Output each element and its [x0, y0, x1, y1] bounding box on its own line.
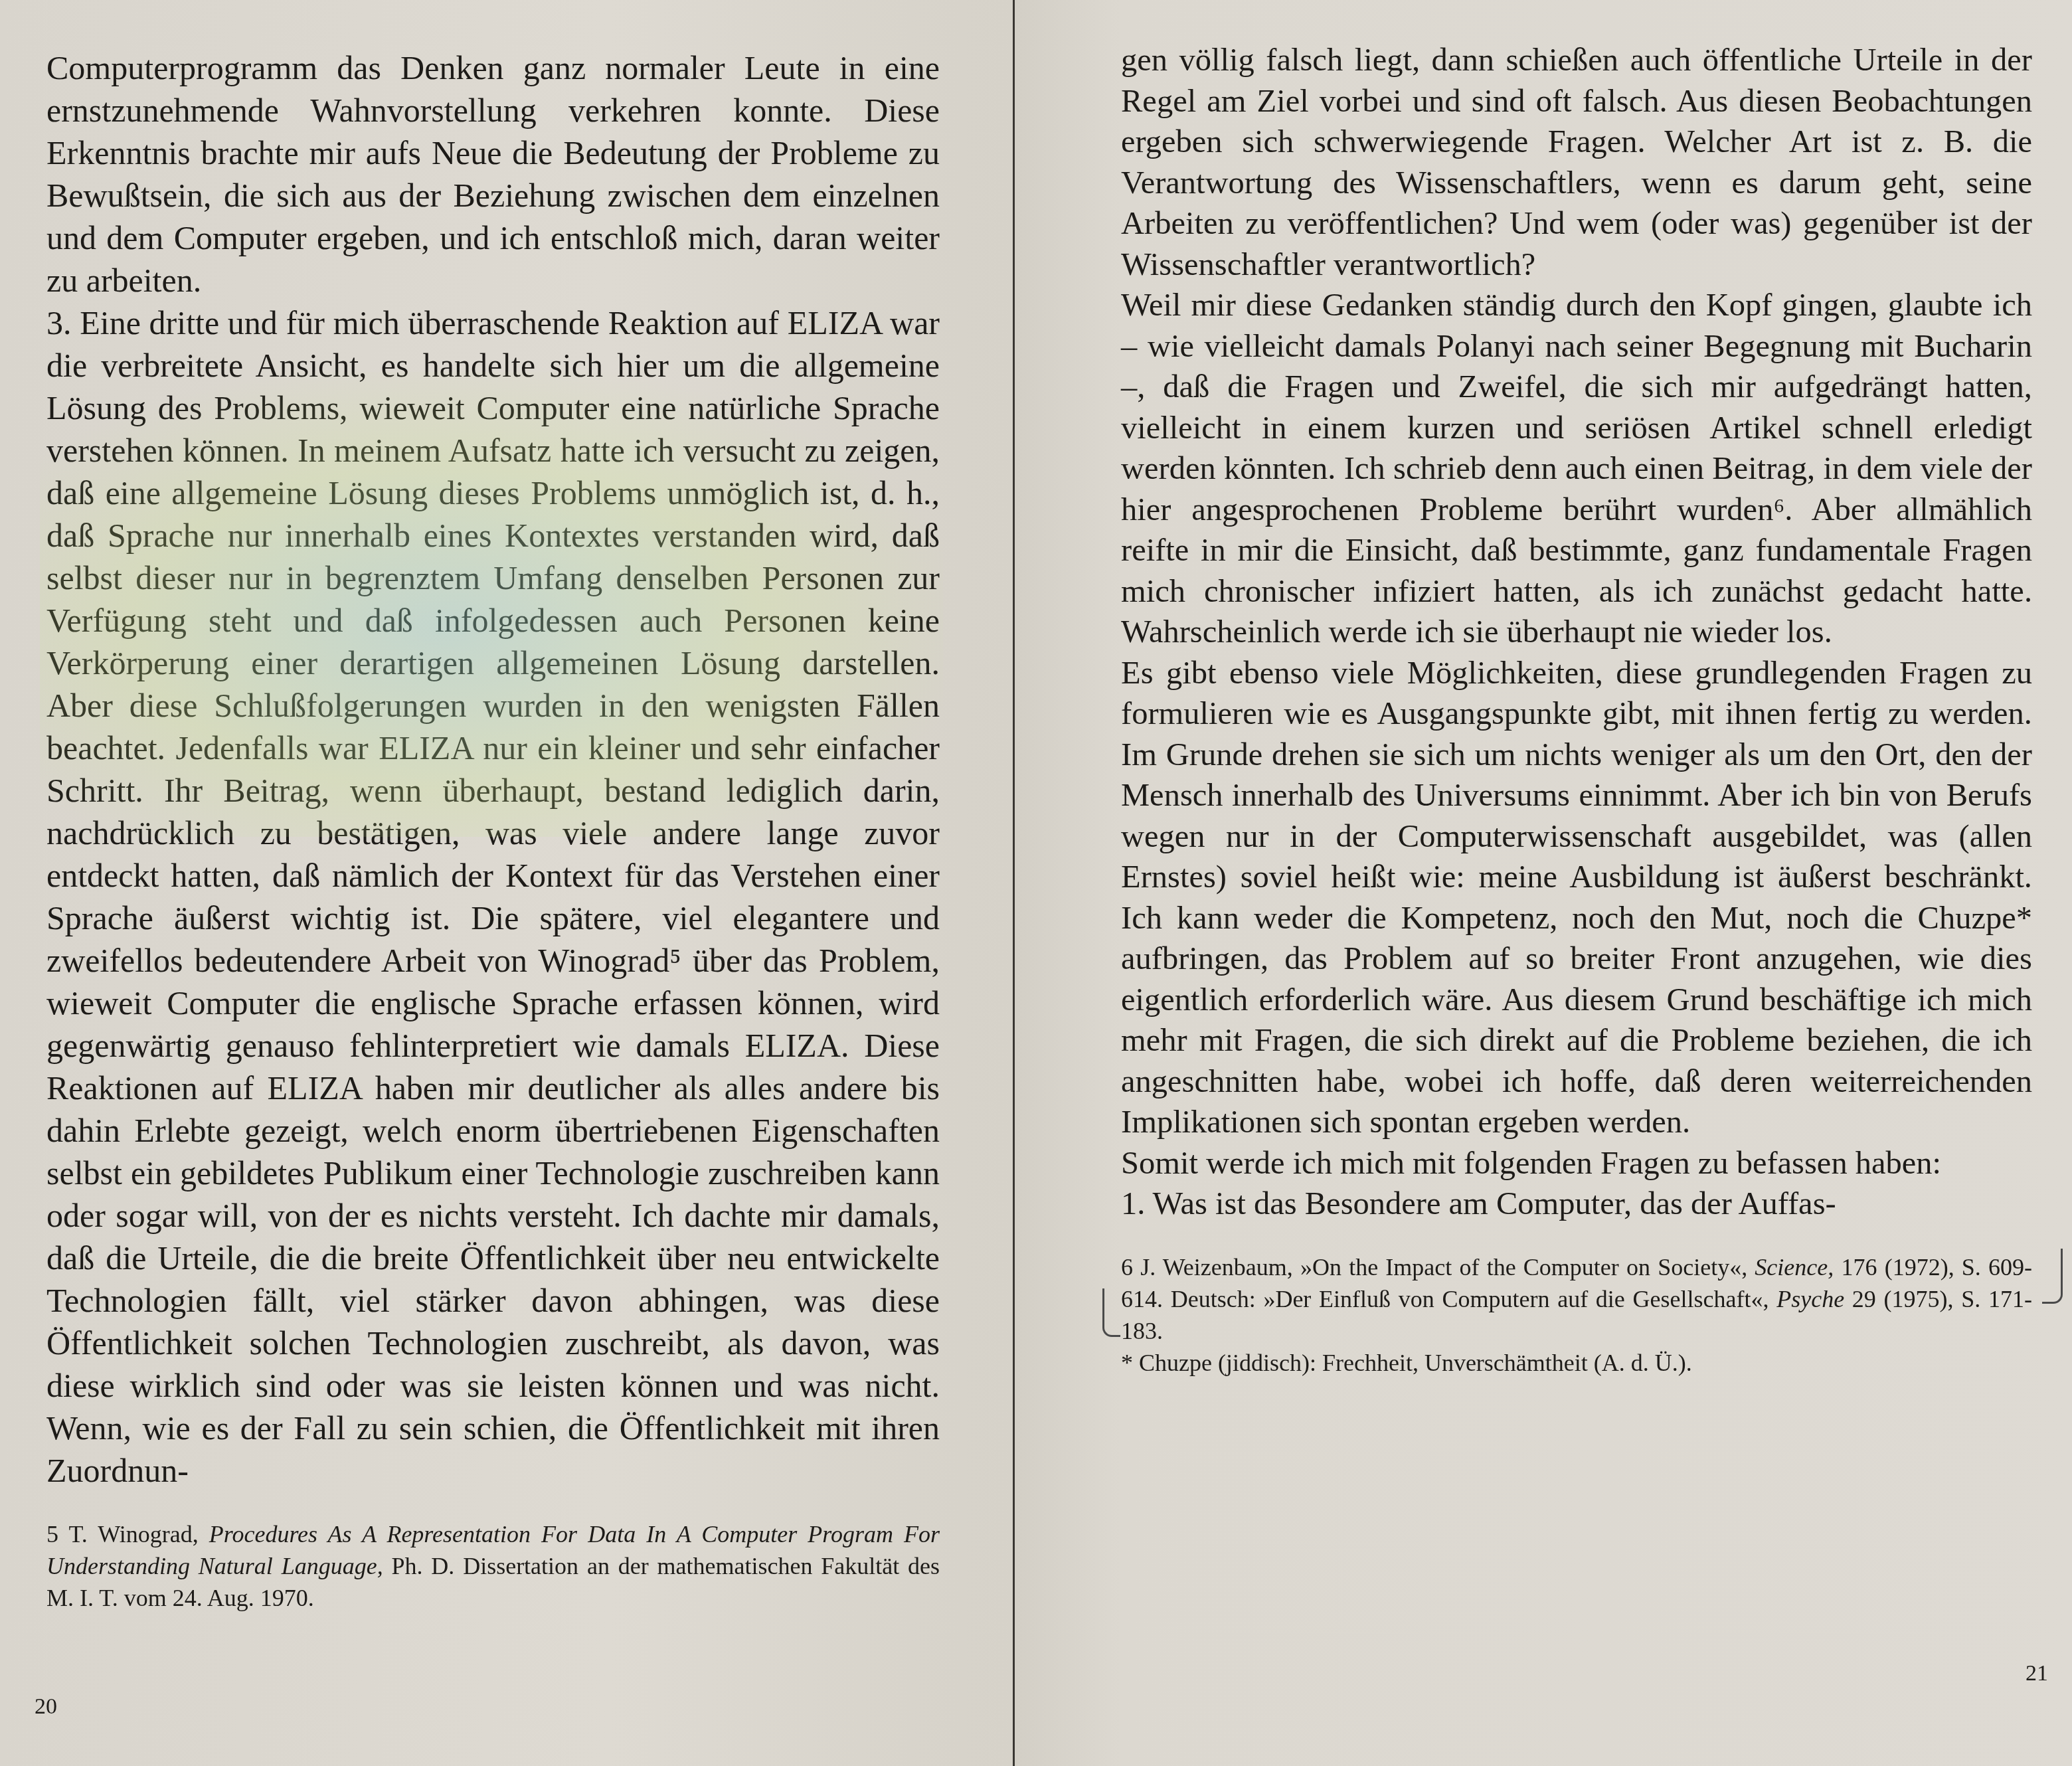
pencil-bracket-mark — [2042, 1249, 2063, 1304]
footnote-asterisk: * Chuzpe (jiddisch): Frechheit, Unversch… — [1121, 1347, 2032, 1379]
paragraph: Es gibt ebenso viele Möglichkeiten, dies… — [1121, 653, 2032, 1143]
paragraph: 1. Was ist das Besondere am Computer, da… — [1121, 1184, 2032, 1225]
paragraph: 3. Eine dritte und für mich überraschend… — [46, 302, 940, 1492]
footnote-marker: 5 — [46, 1521, 58, 1547]
footnote-marker: 6 — [1121, 1254, 1133, 1280]
left-footnotes: 5 T. Winograd, Procedures As A Represent… — [46, 1518, 940, 1614]
left-page: Computerprogramm das Denken ganz normale… — [0, 0, 1013, 1766]
paragraph: Computerprogramm das Denken ganz normale… — [46, 46, 940, 302]
right-page: gen völlig falsch liegt, dann schießen a… — [1013, 0, 2072, 1766]
paragraph: gen völlig falsch liegt, dann schießen a… — [1121, 40, 2032, 285]
right-footnotes: 6 J. Weizenbaum, »On the Impact of the C… — [1121, 1251, 2032, 1379]
book-spread: Computerprogramm das Denken ganz normale… — [0, 0, 2072, 1766]
footnote-journal: Psyche — [1776, 1286, 1844, 1312]
pencil-bracket-mark — [1102, 1288, 1120, 1337]
footnote-text: Chuzpe (jiddisch): Frechheit, Unverschäm… — [1139, 1350, 1692, 1376]
paragraph: Weil mir diese Gedanken ständig durch de… — [1121, 285, 2032, 653]
footnote-journal: Science, — [1755, 1254, 1834, 1280]
right-page-body: gen völlig falsch liegt, dann schießen a… — [1121, 40, 2032, 1225]
footnote-text: J. Weizenbaum, »On the Impact of the Com… — [1140, 1254, 1747, 1280]
footnote-6: 6 J. Weizenbaum, »On the Impact of the C… — [1121, 1251, 2032, 1347]
footnote-author: T. Winograd, — [68, 1521, 198, 1547]
paragraph: Somit werde ich mich mit folgenden Frage… — [1121, 1143, 2032, 1184]
left-page-body: Computerprogramm das Denken ganz normale… — [46, 46, 940, 1492]
footnote-5: 5 T. Winograd, Procedures As A Represent… — [46, 1518, 940, 1614]
page-number: 20 — [35, 1694, 57, 1720]
page-number: 21 — [2026, 1661, 2048, 1686]
footnote-marker: * — [1121, 1350, 1133, 1376]
